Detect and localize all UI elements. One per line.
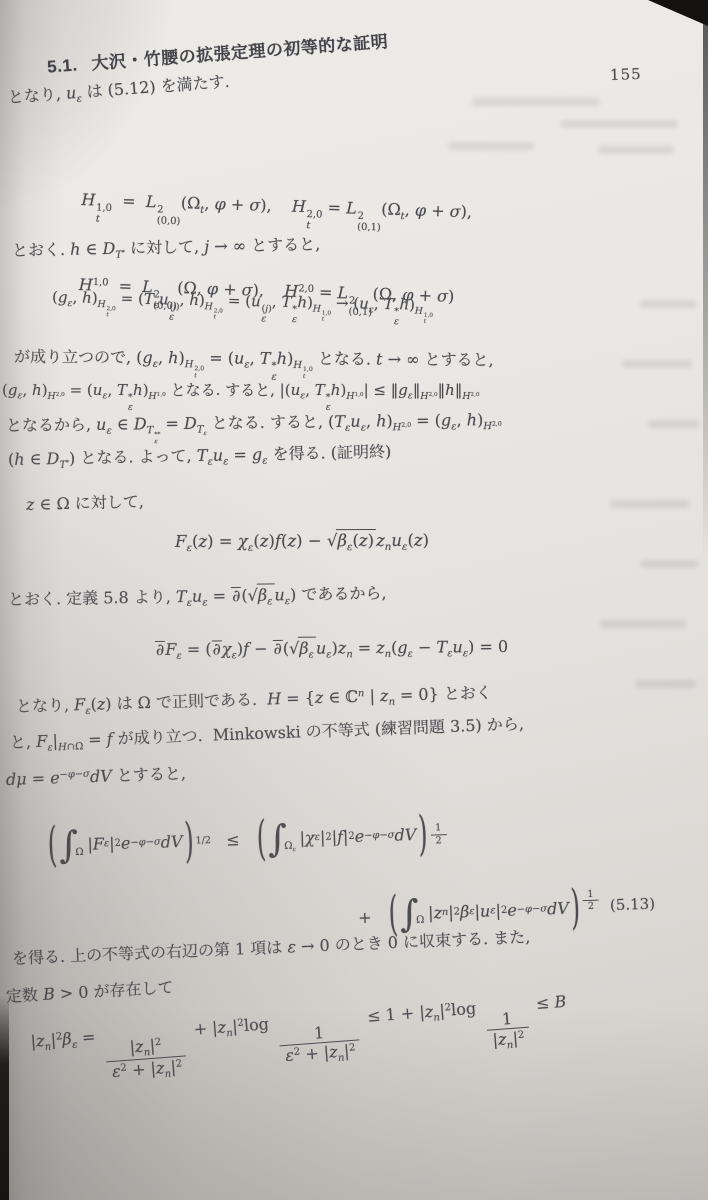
definition-line: とおく. 定義 5.8 より, Tεuε = ∂(√βεuε) であるから, [8, 581, 387, 611]
book-page: 5.1.大沢・竹腰の拡張定理の初等的な証明 155 となり, uε は (5.1… [0, 0, 708, 1200]
show-through-mark [448, 142, 534, 150]
holomorphic-line-2: と, Fε|H∩Ω = f が成り立つ. Minkowski の不等式 (練習問… [10, 714, 525, 755]
proof-line-1: が成り立つので, (gε, h)H2,0t = (uε, T*εh)H1,0t … [14, 347, 494, 385]
equation-513-row1: (∫Ω|Fε|2e−φ−σdV)1/2 ≤ (∫Ωε|χε|2|f|2e−φ−σ… [45, 798, 449, 882]
show-through-mark [598, 146, 674, 154]
show-through-mark [648, 420, 700, 428]
convergence-line-1: を得る. 上の不等式の右辺の第 1 項は ε → 0 のとき 0 に収束する. … [12, 927, 531, 969]
show-through-mark [640, 560, 698, 568]
show-through-mark [600, 620, 686, 628]
z-line: z ∈ Ω に対して, [26, 492, 144, 515]
book-photo: 5.1.大沢・竹腰の拡張定理の初等的な証明 155 となり, uε は (5.1… [0, 0, 708, 1200]
equation-dbar: ∂Fε = (∂χε)f − ∂(√βεuε)zn = zn(gε − Tεuε… [155, 635, 508, 662]
holomorphic-line-3: dμ = e−φ−σdV とすると, [6, 764, 187, 790]
equation-beta: |zn|2βε = |zn|2ε2 + |zn|2 + |zn|2log 1ε2… [30, 992, 570, 1090]
equation-F: Fε(z) = χε(z)f(z) − √βε(z)znuε(z) [175, 529, 429, 555]
convergence-line-2: 定数 B > 0 が存在して [5, 978, 174, 1007]
holomorphic-line-1: となり, Fε(z) は Ω で正則である. H = {z ∈ ℂn | zn … [16, 683, 493, 719]
show-through-mark [640, 300, 696, 308]
show-through-mark [636, 680, 696, 688]
section-title: 大沢・竹腰の拡張定理の初等的な証明 [91, 32, 389, 73]
show-through-mark [610, 500, 690, 508]
proof-line-2: (gε, h)H2,0 = (uε, T*εh)H1,0 となる. すると, |… [2, 381, 480, 413]
proof-line-3: となるから, uε ∈ DT**ε = DTε となる. すると, (Tεuε,… [6, 410, 502, 448]
page-number: 155 [610, 65, 642, 85]
show-through-mark [560, 120, 678, 128]
equation-513-row2-math: + (∫Ω|zn|2βε|uε|2e−φ−σdV)12 [357, 888, 600, 931]
section-number: 5.1. [47, 56, 79, 77]
equation-spaces-row1: H1,0t = L2(0,0)(Ωt, φ + σ), H2,0t = L2(0… [81, 180, 473, 237]
show-through-mark [472, 98, 600, 106]
show-through-mark [622, 360, 692, 368]
equation-513-label: (5.13) [610, 894, 656, 914]
